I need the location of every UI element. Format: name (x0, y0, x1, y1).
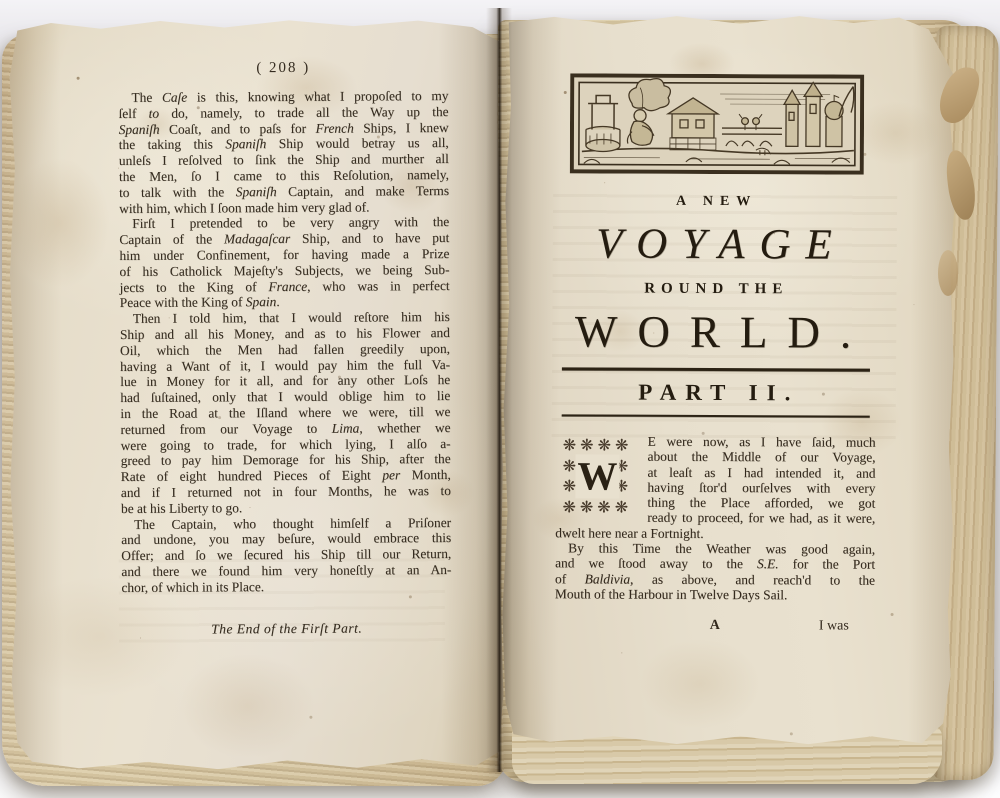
horizontal-rule (562, 367, 870, 371)
paragraph: By this Time the Weather was good again,… (555, 540, 875, 603)
torn-paper-remnant (938, 250, 958, 296)
left-page-body: The Caſe is this, knowing what I propoſe… (118, 88, 451, 596)
text-line: and if I returned not in four Months, he… (121, 483, 451, 501)
title-voyage: VOYAGE (556, 219, 876, 269)
part-heading: PART II. (556, 379, 876, 406)
signature-mark: A (710, 618, 720, 634)
title-round-the: ROUND THE (556, 280, 876, 298)
text-line: By this Time the Weather was good again, (555, 540, 875, 557)
photo-background: ( 208 ) The Caſe is this, knowing what I… (0, 0, 1000, 798)
paragraph: The Caſe is this, knowing what I propoſe… (118, 88, 449, 216)
text-line: Mouth of the Harbour in Twelve Days Sail… (555, 586, 875, 603)
headpiece-woodcut-illustration (570, 73, 864, 174)
text-line: and we ſtood away to the S.E. for the Po… (555, 556, 875, 573)
paragraph: The Captain, who thought himſelf a Priſo… (121, 515, 451, 596)
title-world: WORLD. (556, 305, 876, 358)
right-page-text-column: A NEW VOYAGE ROUND THE WORLD. PART II. ❋… (555, 73, 877, 637)
right-page-body: ❋❋❋❋❋❋❋❋❋❋❋❋❋❋❋❋ W E were now, as I have… (555, 433, 876, 637)
signature-line: A I was (555, 618, 875, 637)
text-line: jects to the King of France, who was in … (120, 278, 450, 296)
text-line: of Baldivia, as above, and reach'd to th… (555, 571, 875, 588)
horizontal-rule (562, 414, 870, 418)
left-page-text-column: ( 208 ) The Caſe is this, knowing what I… (118, 59, 452, 638)
paragraph: Then I told him, that I would reſtore hi… (120, 309, 451, 516)
end-of-part-note: The End of the Firſt Part. (122, 619, 452, 637)
page-number: ( 208 ) (118, 59, 448, 78)
text-line: dwelt here near a Fortnight. (555, 525, 875, 542)
title-line-a-new: A NEW (557, 193, 877, 210)
paragraph: Firſt I pretended to be very angry with … (119, 214, 450, 311)
drop-cap-initial: W (575, 454, 619, 498)
ornamental-initial-block: ❋❋❋❋❋❋❋❋❋❋❋❋❋❋❋❋ W (555, 435, 639, 517)
book-gutter (486, 8, 512, 772)
catchword: I was (819, 619, 849, 635)
foxing-specks (77, 77, 80, 80)
text-line: and there we found him very honeſtly at … (121, 562, 451, 580)
text-line: chor, of which in its Place. (121, 578, 451, 596)
text-line: to talk with the Spaniſh Captain, and ma… (119, 183, 449, 201)
